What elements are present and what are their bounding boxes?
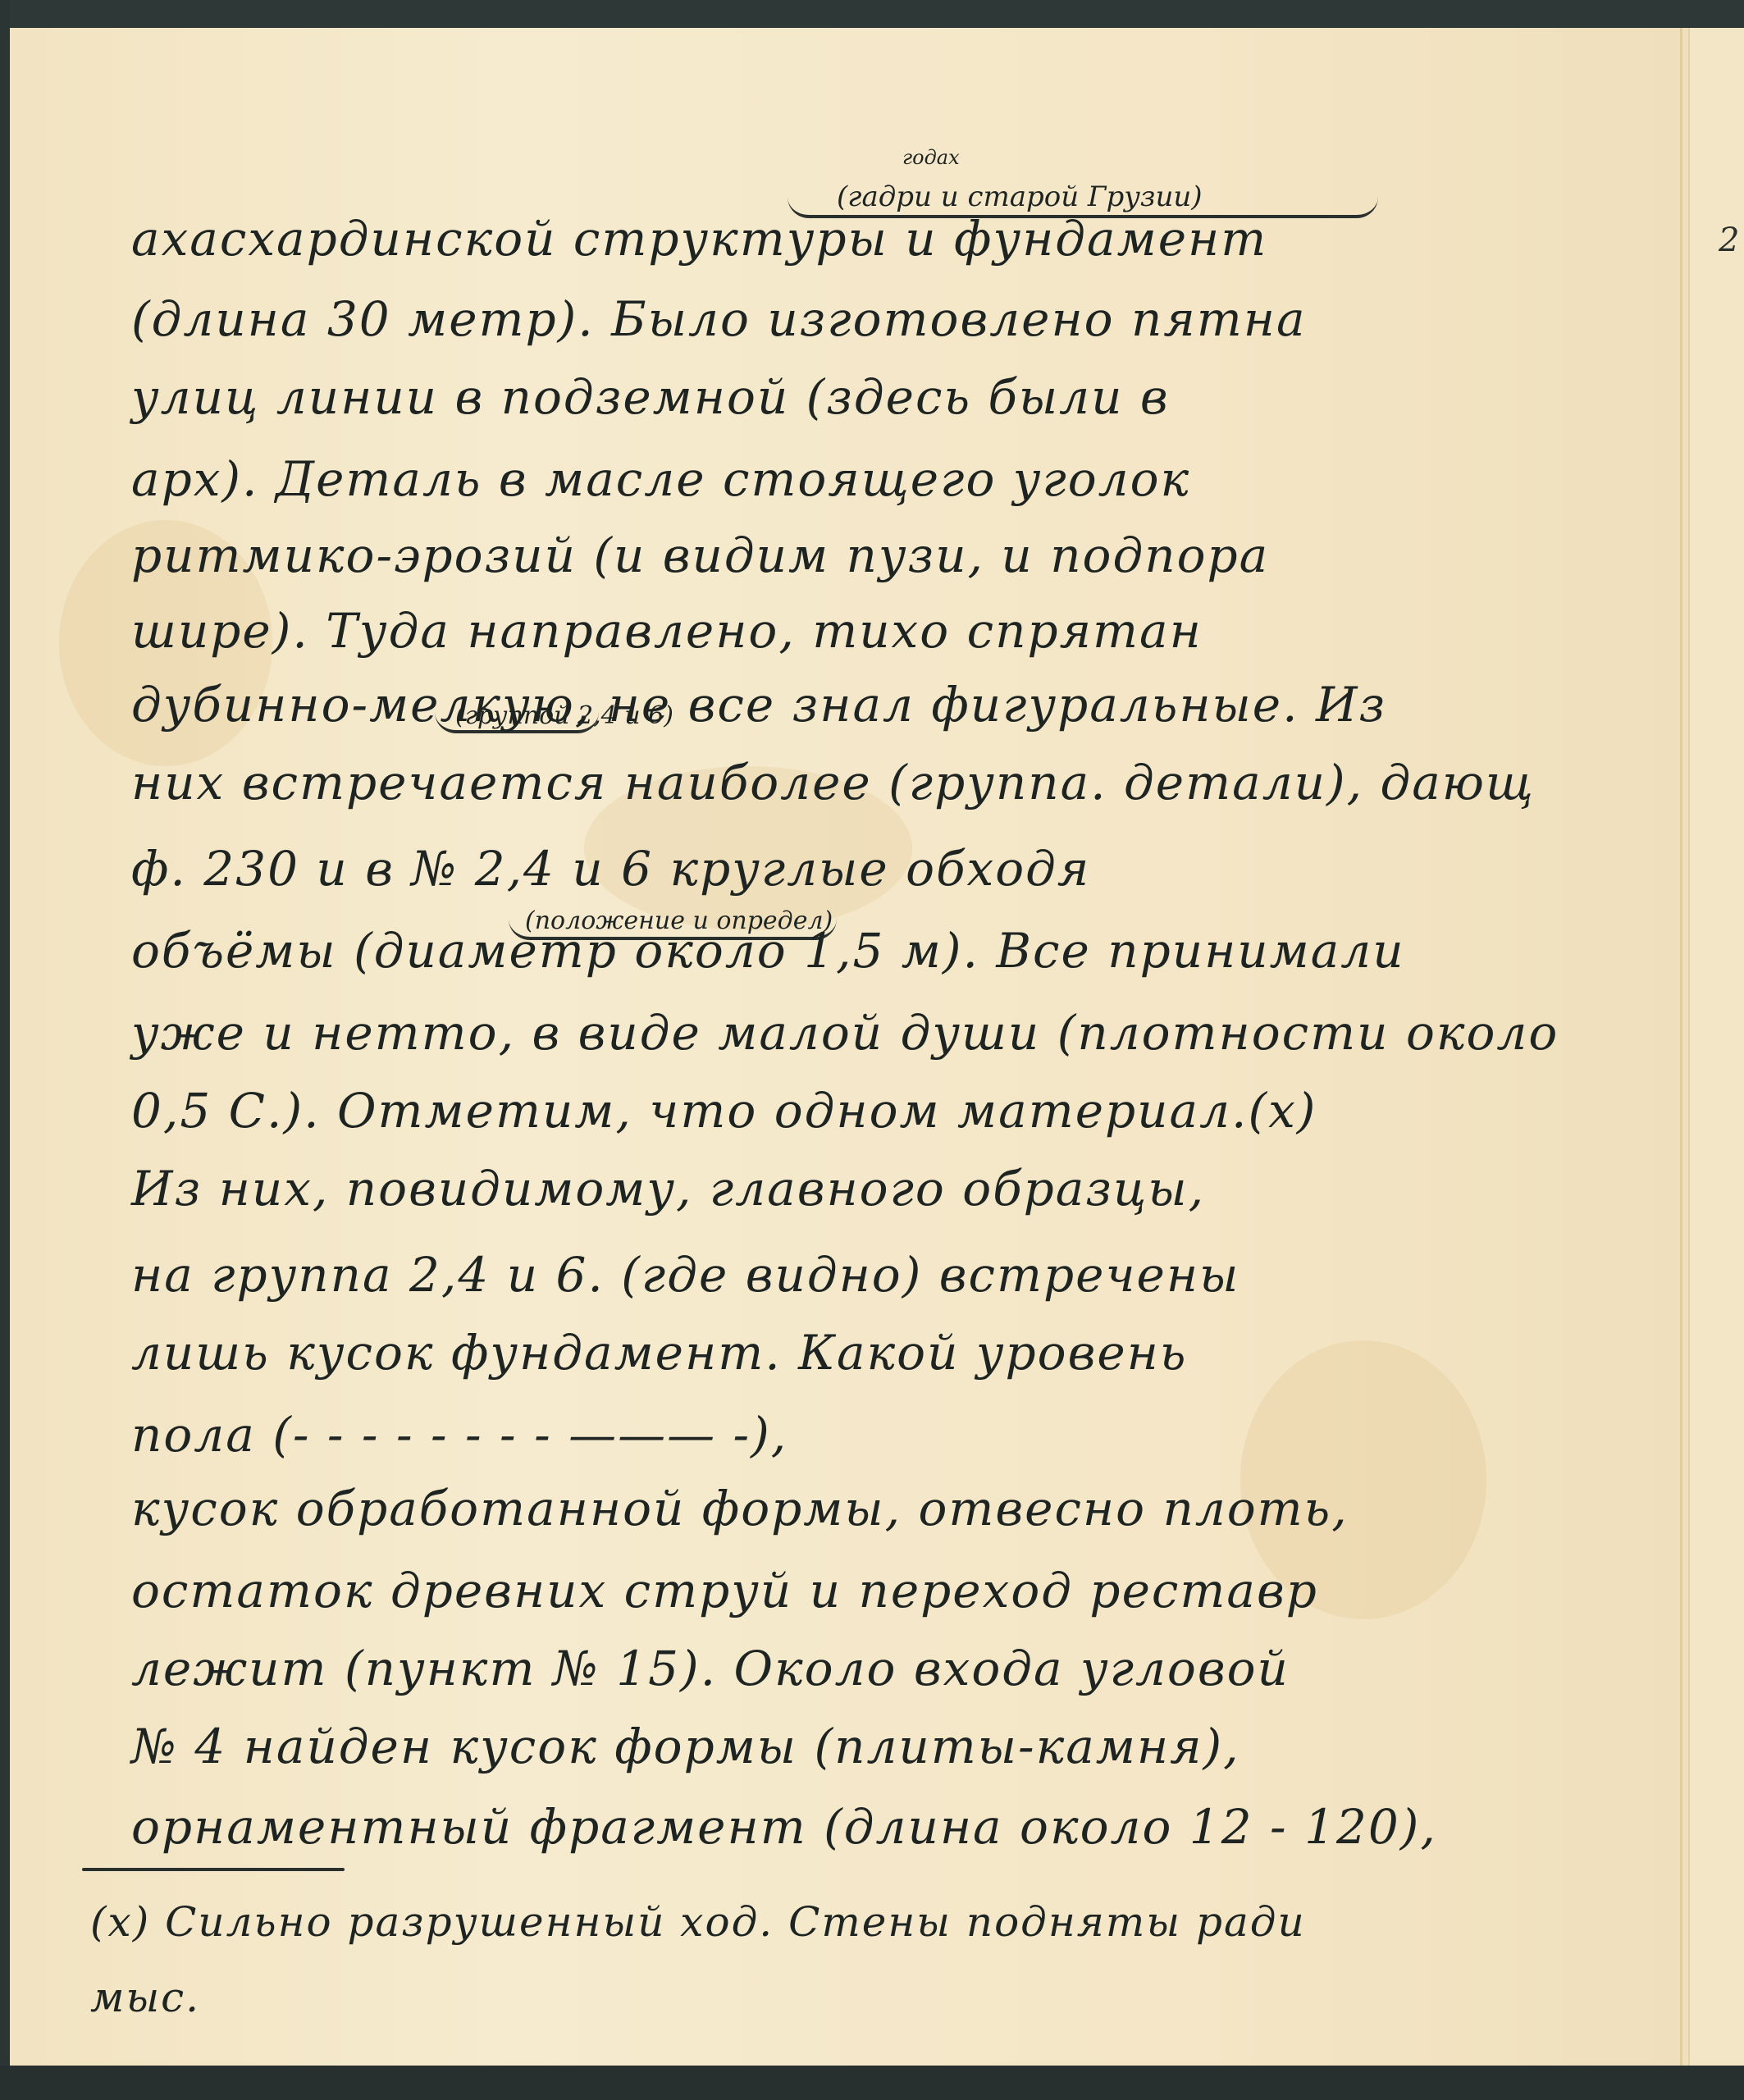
page-fold-line <box>1680 28 1682 2067</box>
text-line: на группа 2,4 и 6. (где видно) встречены <box>131 1251 1641 1299</box>
right-edge-mark: 2 <box>1719 221 1739 259</box>
text-line: 0,5 С.). Отметим, что одном материал.(х) <box>131 1087 1641 1134</box>
text-line: объёмы (диаметр около 1,5 м). Все приним… <box>131 927 1641 975</box>
adjacent-page-edge <box>1688 28 1744 2067</box>
text-line: ритмико-эрозий (и видим пузи, и подпора <box>131 532 1641 579</box>
text-line: Из них, повидимому, главного образцы, <box>131 1165 1641 1212</box>
text-line: арх). Деталь в масле стоящего уголок <box>131 455 1641 503</box>
scanner-backdrop-left <box>0 0 10 2100</box>
text-line: остаток древних струй и переход реставр <box>131 1567 1641 1614</box>
text-line: № 4 найден кусок формы (плиты-камня), <box>131 1723 1641 1770</box>
text-line: улиц линии в подземной (здесь были в <box>131 373 1641 421</box>
footnote-line: (х) Сильно разрушенный ход. Стены поднят… <box>90 1901 1600 1942</box>
text-line: них встречается наиболее (группа. детали… <box>131 759 1641 806</box>
text-line: ф. 230 и в № 2,4 и 6 круглые обходя <box>131 845 1641 892</box>
text-line: кусок обработанной формы, отвесно плоть, <box>131 1485 1641 1532</box>
text-line: шире). Туда направлено, тихо спрятан <box>131 607 1641 655</box>
text-line: уже и нетто, в виде малой души (плотност… <box>131 1009 1641 1057</box>
text-line: пола (- - - - - - - - ——— -), <box>131 1411 1641 1459</box>
text-line: (длина 30 метр). Было изготовлено пятна <box>131 295 1641 343</box>
footnote-separator <box>82 1868 345 1871</box>
text-line: лежит (пункт № 15). Около входа угловой <box>131 1645 1641 1692</box>
scanner-backdrop-bottom <box>0 2066 1744 2100</box>
text-line: ахасхардинской структуры и фундамент <box>131 215 1641 262</box>
text-line: лишь кусок фундамент. Какой уровень <box>131 1329 1641 1376</box>
text-line: дубинно-мелкую, не все знал фигуральные.… <box>131 681 1641 728</box>
scanner-backdrop-top <box>0 0 1744 30</box>
footnote-line: мыс. <box>90 1977 1600 2018</box>
text-line: орнаментный фрагмент (длина около 12 - 1… <box>131 1803 1641 1851</box>
annotation-superscript: годах <box>902 146 960 169</box>
